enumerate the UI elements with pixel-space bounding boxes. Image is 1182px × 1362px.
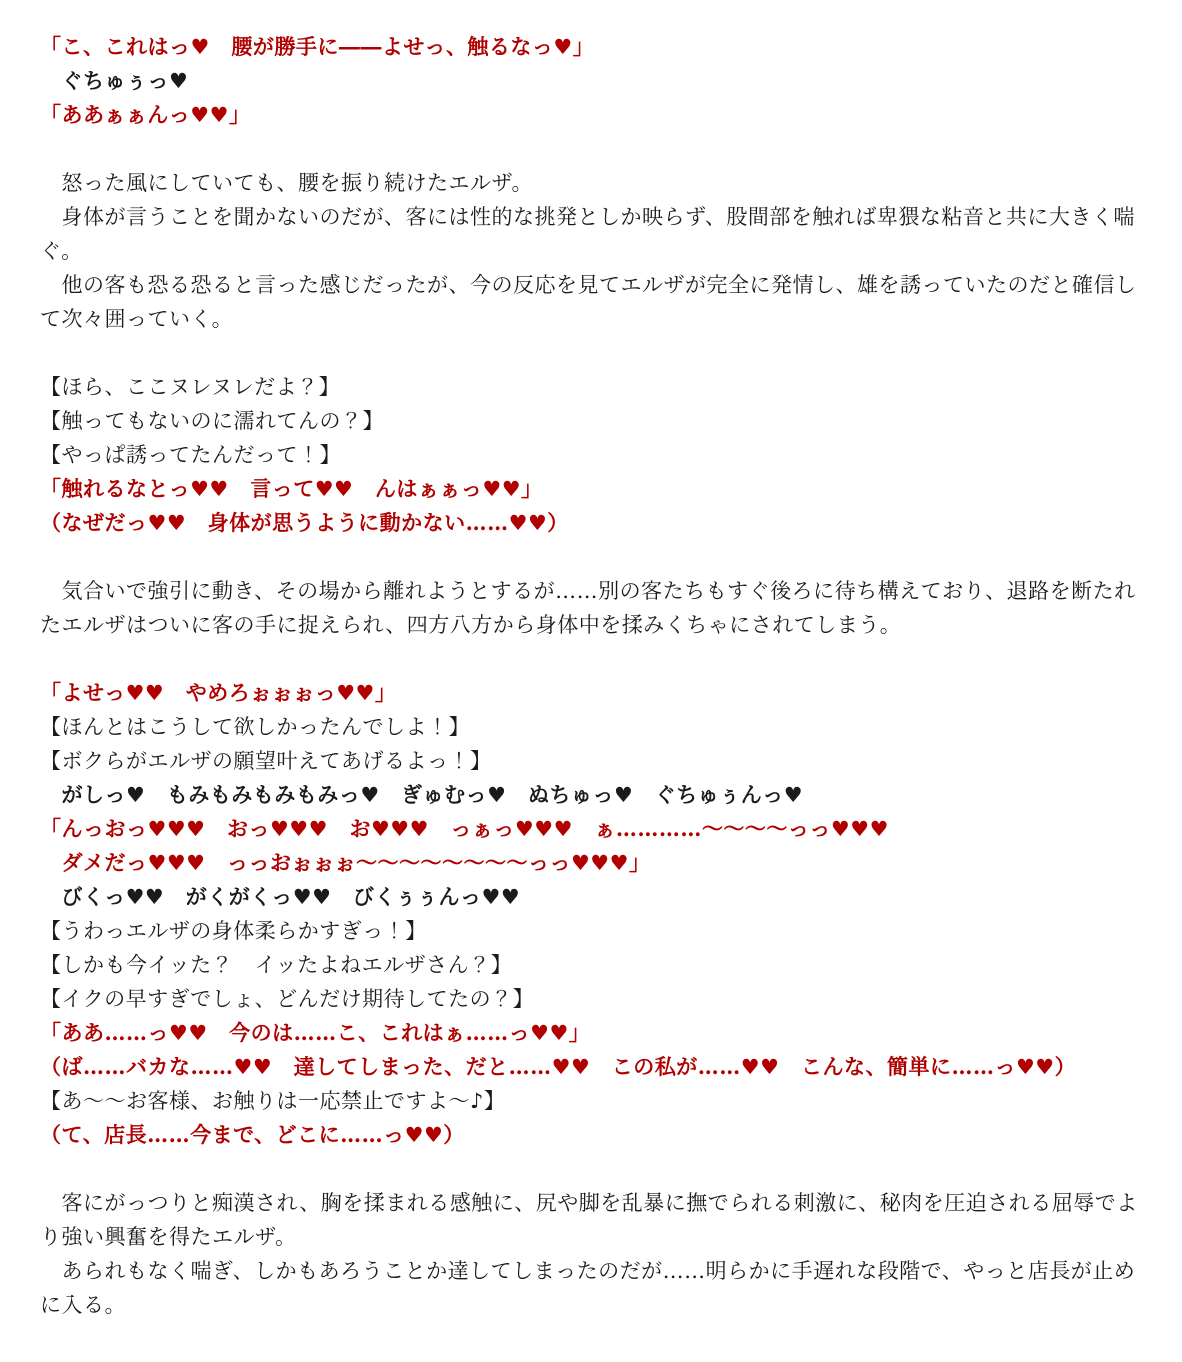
narration-paragraph: 気合いで強引に動き、その場から離れようとするが……別の客たちもすぐ後ろに待ち構え…: [40, 574, 1142, 642]
heroine-dialogue-line: ダメだっ♥♥♥ っっおぉぉぉ～～～～～～～～っっ♥♥♥」: [40, 846, 1142, 880]
heroine-dialogue-line: 「んっおっ♥♥♥ おっ♥♥♥ お♥♥♥ っぁっ♥♥♥ ぁ…………～～～～っっ♥♥…: [40, 812, 1142, 846]
heroine-thought-line: （て、店長……今まで、どこに……っ♥♥）: [40, 1118, 1142, 1152]
story-text-page: 「こ、これはっ♥ 腰が勝手に――よせっ、触るなっ♥」 ぐちゅぅっ♥ 「ああぁぁん…: [0, 0, 1182, 1362]
heroine-dialogue-line: 「ああ……っ♥♥ 今のは……こ、これはぁ……っ♥♥」: [40, 1016, 1142, 1050]
narration-paragraph: 客にがっつりと痴漢され、胸を揉まれる感触に、尻や脚を乱暴に撫でられる刺激に、秘肉…: [40, 1186, 1142, 1254]
sfx-line: びくっ♥♥ がくがくっ♥♥ びくぅぅんっ♥♥: [40, 880, 1142, 914]
heroine-thought-line: （なぜだっ♥♥ 身体が思うように動かない……♥♥）: [40, 506, 1142, 540]
heroine-dialogue-line: 「こ、これはっ♥ 腰が勝手に――よせっ、触るなっ♥」: [40, 30, 1142, 64]
sfx-line: ぐちゅぅっ♥: [40, 64, 1142, 98]
manager-dialogue-line: 【あ～～お客様、お触りは一応禁止ですよ～♪】: [40, 1084, 1142, 1118]
sfx-line: がしっ♥ もみもみもみもみっ♥ ぎゅむっ♥ ぬちゅっ♥ ぐちゅぅんっ♥: [40, 778, 1142, 812]
dialogue-group: 「よせっ♥♥ やめろぉぉぉっ♥♥」 【ほんとはこうして欲しかったんでしよ！】 【…: [40, 676, 1142, 1152]
page: { "page": { "background": "#ffffff", "te…: [0, 0, 1182, 1362]
customer-dialogue-line: 【触ってもないのに濡れてんの？】: [40, 404, 1142, 438]
customer-dialogue-line: 【しかも今イッた？ イッたよねエルザさん？】: [40, 948, 1142, 982]
dialogue-group: 【ほら、ここヌレヌレだよ？】 【触ってもないのに濡れてんの？】 【やっぱ誘ってた…: [40, 370, 1142, 540]
narration-group: 気合いで強引に動き、その場から離れようとするが……別の客たちもすぐ後ろに待ち構え…: [40, 574, 1142, 642]
narration-paragraph: 怒った風にしていても、腰を振り続けたエルザ。: [40, 166, 1142, 200]
customer-dialogue-line: 【ボクらがエルザの願望叶えてあげるよっ！】: [40, 744, 1142, 778]
narration-paragraph: 身体が言うことを聞かないのだが、客には性的な挑発としか映らず、股間部を触れば卑猥…: [40, 200, 1142, 268]
narration-paragraph: 他の客も恐る恐ると言った感じだったが、今の反応を見てエルザが完全に発情し、雄を誘…: [40, 268, 1142, 336]
heroine-thought-line: （ば……バカな……♥♥ 達してしまった、だと……♥♥ この私が……♥♥ こんな、…: [40, 1050, 1142, 1084]
customer-dialogue-line: 【ほんとはこうして欲しかったんでしよ！】: [40, 710, 1142, 744]
customer-dialogue-line: 【やっぱ誘ってたんだって！】: [40, 438, 1142, 472]
heroine-dialogue-line: 「触れるなとっ♥♥ 言って♥♥ んはぁぁっ♥♥」: [40, 472, 1142, 506]
customer-dialogue-line: 【ほら、ここヌレヌレだよ？】: [40, 370, 1142, 404]
customer-dialogue-line: 【イクの早すぎでしょ、どんだけ期待してたの？】: [40, 982, 1142, 1016]
narration-group: 怒った風にしていても、腰を振り続けたエルザ。 身体が言うことを聞かないのだが、客…: [40, 166, 1142, 336]
narration-group: 客にがっつりと痴漢され、胸を揉まれる感触に、尻や脚を乱暴に撫でられる刺激に、秘肉…: [40, 1186, 1142, 1322]
customer-dialogue-line: 【うわっエルザの身体柔らかすぎっ！】: [40, 914, 1142, 948]
dialogue-group: 「こ、これはっ♥ 腰が勝手に――よせっ、触るなっ♥」 ぐちゅぅっ♥ 「ああぁぁん…: [40, 30, 1142, 132]
heroine-dialogue-line: 「よせっ♥♥ やめろぉぉぉっ♥♥」: [40, 676, 1142, 710]
heroine-dialogue-line: 「ああぁぁんっ♥♥」: [40, 98, 1142, 132]
narration-paragraph: あられもなく喘ぎ、しかもあろうことか達してしまったのだが……明らかに手遅れな段階…: [40, 1254, 1142, 1322]
